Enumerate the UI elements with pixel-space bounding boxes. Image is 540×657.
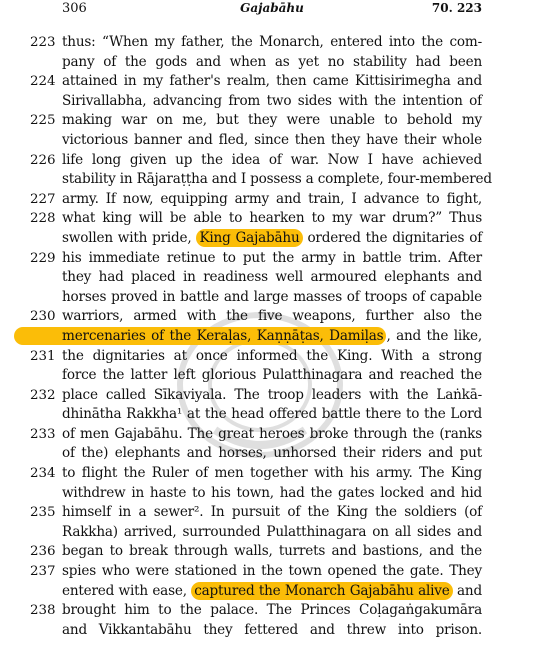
text-line: 226life long given up the idea of war. N… [30,151,485,171]
text-line: 233of men Gajabāhu. The great heroes bro… [30,425,485,445]
verse-number: 238 [30,601,60,621]
text-line: victorious banner and fled, since then t… [30,131,485,151]
verse-number: 226 [30,151,60,171]
line-text: of the) elephants and horses, unhorsed t… [62,444,482,464]
verse-number: 225 [30,111,60,131]
verse-number: 229 [30,249,60,269]
text-line: 230warriors, armed with the five weapons… [30,307,485,327]
text-line: 227army. If now, equipping army and trai… [30,190,485,210]
line-text: mercenaries of the Keraḷas, Kaṇṇāṭas, Da… [62,327,482,347]
line-text-post: ordered the dignitaries of [307,230,482,246]
text-line: dhinātha Rakkha¹ at the head offered bat… [30,405,485,425]
line-text: swollen with pride, King Gajabāhu ordere… [62,229,482,249]
line-text: entered with ease, captured the Monarch … [62,582,482,602]
line-text: attained in my father's realm, then came… [62,72,482,92]
text-line: mercenaries of the Keraḷas, Kaṇṇāṭas, Da… [30,327,485,347]
text-line: horses proved in battle and large masses… [30,288,485,308]
text-line: and Vikkantabāhu they fettered and threw… [30,621,485,641]
text-line: force the latter left glorious Pulatthin… [30,366,485,386]
text-line: stability in Rājaraṭṭha and I possess a … [30,170,485,190]
page-body: 223thus: “When my father, the Monarch, e… [30,33,485,640]
verse-number: 237 [30,562,60,582]
line-text: and Vikkantabāhu they fettered and threw… [62,621,482,641]
line-text: force the latter left glorious Pulatthin… [62,366,482,386]
line-text: stability in Rājaraṭṭha and I possess a … [62,170,482,190]
line-text-post: , and the like, [386,328,482,344]
line-text: to flight the Ruler of men together with… [62,464,482,484]
text-line: Sirivallabha, advancing from two sides w… [30,92,485,112]
line-text: himself in a sewer². In pursuit of the K… [62,503,482,523]
line-text-pre: entered with ease, [62,583,187,599]
verse-number: 223 [30,33,60,53]
running-title: Gajabāhu [62,1,482,15]
verse-number: 232 [30,386,60,406]
line-text: thus: “When my father, the Monarch, ente… [62,33,482,53]
text-line: 229his immediate retinue to put the army… [30,249,485,269]
text-line: 238brought him to the palace. The Prince… [30,601,485,621]
line-text: his immediate retinue to put the army in… [62,249,482,269]
text-line: withdrew in haste to his town, had the g… [30,484,485,504]
text-line: 223thus: “When my father, the Monarch, e… [30,33,485,53]
line-text: warriors, armed with the five weapons, f… [62,307,482,327]
verse-number: 227 [30,190,60,210]
verse-number: 228 [30,209,60,229]
text-line: 235himself in a sewer². In pursuit of th… [30,503,485,523]
line-text: withdrew in haste to his town, had the g… [62,484,482,504]
line-text: of men Gajabāhu. The great heroes broke … [62,425,482,445]
text-line: pany of the gods and when as yet no stab… [30,53,485,73]
verse-number: 233 [30,425,60,445]
highlighted-text[interactable]: mercenaries of the Keraḷas, Kaṇṇāṭas, Da… [14,327,386,345]
line-text: life long given up the idea of war. Now … [62,151,482,171]
line-text: place called Sīkaviyala. The troop leade… [62,386,482,406]
text-line: 225making war on me, but they were unabl… [30,111,485,131]
text-line: of the) elephants and horses, unhorsed t… [30,444,485,464]
text-line: swollen with pride, King Gajabāhu ordere… [30,229,485,249]
text-line: Rakkha) arrived, surrounded Pulatthinaga… [30,523,485,543]
line-text: spies who were stationed in the town ope… [62,562,482,582]
line-text: what king will be able to hearken to my … [62,209,482,229]
text-line: 234to flight the Ruler of men together w… [30,464,485,484]
verse-number: 236 [30,542,60,562]
line-text: victorious banner and fled, since then t… [62,131,482,151]
line-text: dhinātha Rakkha¹ at the head offered bat… [62,405,482,425]
verse-number: 230 [30,307,60,327]
line-text: they had placed in readiness well armour… [62,268,482,288]
text-line: 237spies who were stationed in the town … [30,562,485,582]
line-text: Sirivallabha, advancing from two sides w… [62,92,482,112]
line-text-post: and [457,583,482,599]
line-text: horses proved in battle and large masses… [62,288,482,308]
verse-number: 235 [30,503,60,523]
line-text: pany of the gods and when as yet no stab… [62,53,482,73]
chapter-verse-ref: 70. 223 [432,1,482,15]
highlighted-text[interactable]: King Gajabāhu [196,229,302,247]
text-line: they had placed in readiness well armour… [30,268,485,288]
line-text: army. If now, equipping army and train, … [62,190,482,210]
verse-number: 231 [30,347,60,367]
line-text: making war on me, but they were unable t… [62,111,482,131]
text-line: 224attained in my father's realm, then c… [30,72,485,92]
highlighted-text[interactable]: captured the Monarch Gajabāhu alive [191,582,452,600]
verse-number: 224 [30,72,60,92]
line-text: began to break through walls, turrets an… [62,542,482,562]
page-header: 306 Gajabāhu 70. 223 [62,0,482,20]
line-text-pre: swollen with pride, [62,230,192,246]
text-line: 231the dignitaries at once informed the … [30,347,485,367]
text-line: 232place called Sīkaviyala. The troop le… [30,386,485,406]
line-text: the dignitaries at once informed the Kin… [62,347,482,367]
text-line: 236began to break through walls, turrets… [30,542,485,562]
verse-number: 234 [30,464,60,484]
line-text: brought him to the palace. The Princes C… [62,601,482,621]
text-line: entered with ease, captured the Monarch … [30,582,485,602]
text-line: 228what king will be able to hearken to … [30,209,485,229]
line-text: Rakkha) arrived, surrounded Pulatthinaga… [62,523,482,543]
